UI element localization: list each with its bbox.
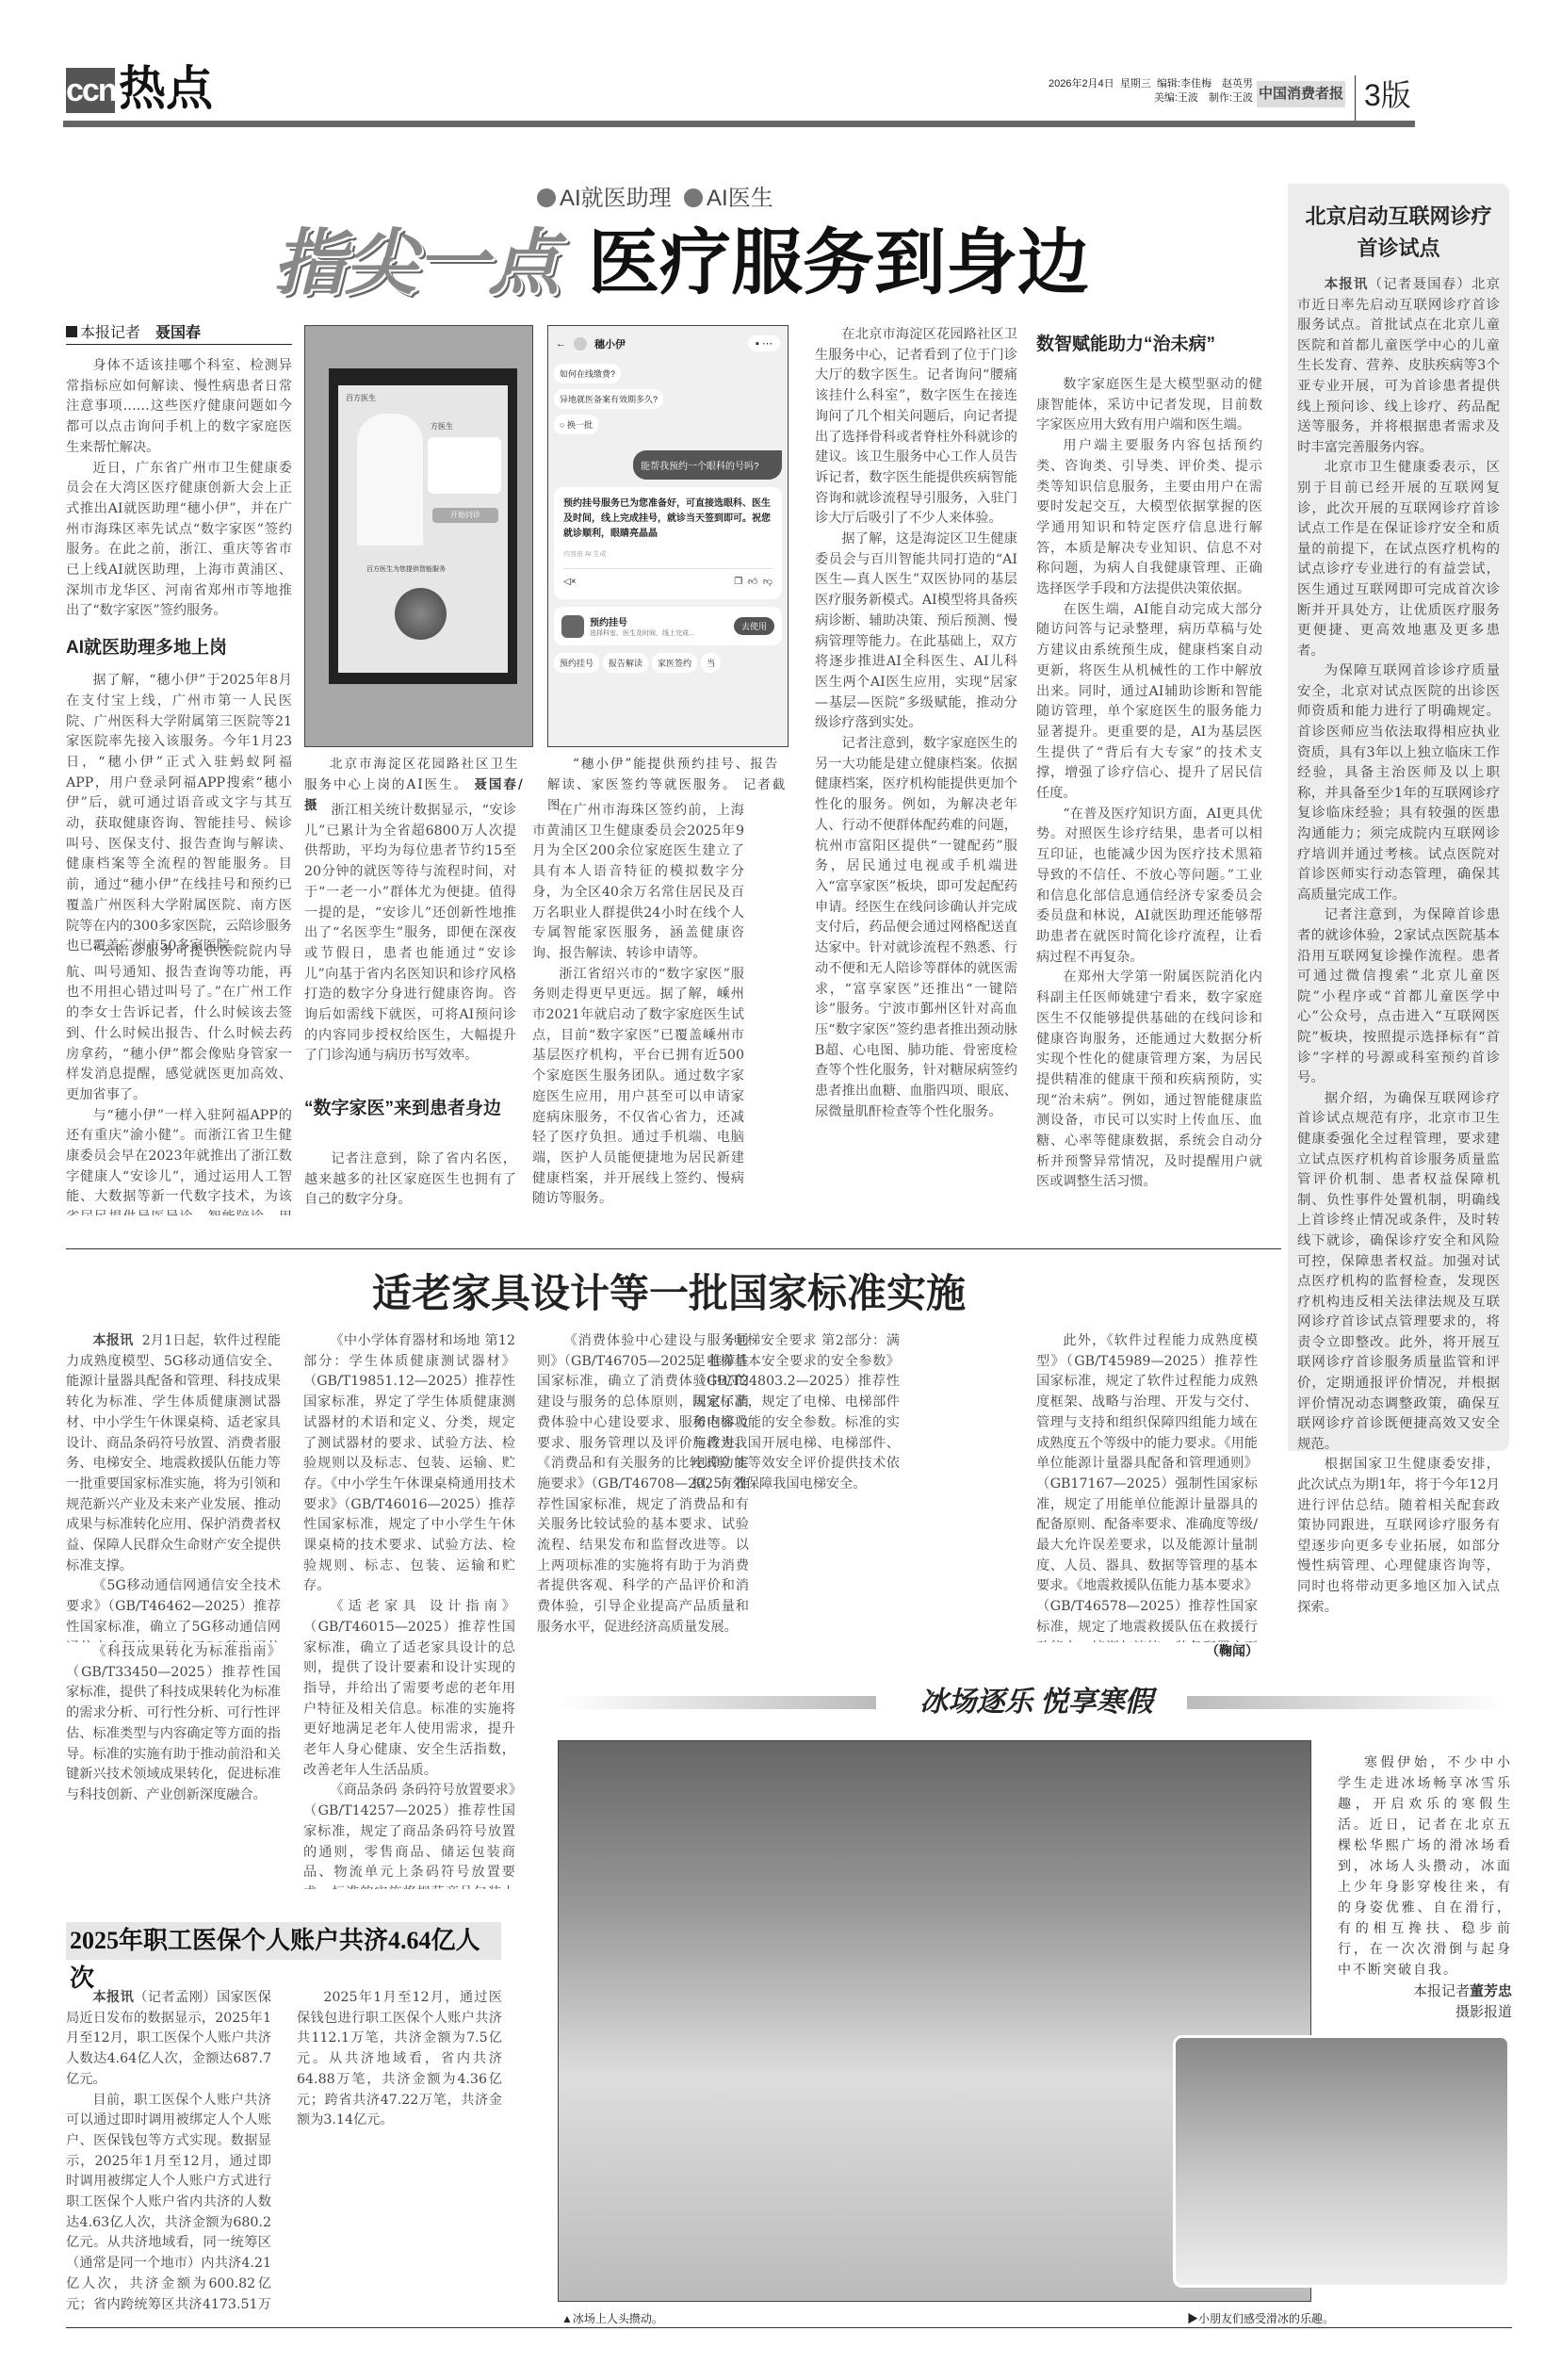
kiosk-brand: 百方医生 (346, 393, 376, 403)
kiosk-note: 百方医生为您提供智能服务 (366, 564, 446, 574)
photo-feature-caption: 寒假伊始，不少中小学生走进冰场畅享冰雪乐趣，开启欢乐的寒假生活。近日，记者在北京… (1338, 1752, 1512, 2022)
lead-reporter: （记者孟刚） (134, 1990, 217, 2005)
kiosk-doctor-name: 方医生 (431, 421, 453, 432)
insurance-headline: 2025年职工医保个人账户共济4.64亿人次 (66, 1922, 501, 1960)
app-title: 穗小伊 (594, 336, 626, 351)
paragraph: 北京市近日率先启动互联网诊疗首诊服务试点。首批试点在北京儿童医院和首都儿童医学中… (1297, 277, 1500, 455)
kicker: AI就医助理 AI医生 (537, 185, 773, 213)
paragraph: 为保障互联网首诊诊疗质量安全，北京对试点医院的出诊医师资质和能力进行了明确规定。… (1297, 661, 1500, 905)
paragraph: 《科技成果转化为标准指南》（GB/T33450—2025）推荐性国家标准，提供了… (66, 1642, 281, 1806)
card-desc: 选择科室、医生及时间，线上完成... (590, 628, 728, 638)
bot-message: 预约挂号服务已为您准备好，可直接选眼科、医生及时间，线上完成挂号，就诊当天签到即… (554, 487, 782, 599)
suggestion-chip[interactable]: 异地就医备案有效期多久? (554, 389, 663, 409)
photo-feature-headline: 冰场逐乐 悦享寒假 (556, 1677, 1517, 1728)
lead-col-3: 在广州市海珠区签约前，上海市黄浦区卫生健康委员会2025年9月为全区200余位家… (532, 801, 744, 1215)
standards-col-2: 《中小学体育器材和场地 第12部分：学生体质健康测试器材》（GB/T19851.… (303, 1331, 515, 1889)
doctor-figure (357, 414, 423, 546)
lead-col-2b: 记者注意到，除了省内名医，越来越多的社区家庭医生也拥有了自己的数字分身。 (304, 1149, 516, 1211)
lead-headline: 指尖一点医疗服务到身边 (273, 217, 1089, 311)
lead-col-4: 在北京市海淀区花园路社区卫生服务中心，记者看到了位于门诊大厅的数字医生。记者询问… (815, 325, 1017, 1215)
headline-italic: 指尖一点 (273, 224, 560, 303)
paragraph: 在广州市海珠区签约前，上海市黄浦区卫生健康委员会2025年9月为全区200余位家… (532, 801, 744, 965)
paragraph: 用户端主要服务内容包括预约类、咨询类、引导类、评价类、提示类等知识信息服务，主要… (1036, 436, 1262, 600)
standards-col-4: 《电梯安全要求 第2部分：满足电梯基本安全要求的安全参数》（GB/T24803.… (692, 1331, 900, 1661)
standards-col-1: 本报讯 2月1日起，软件过程能力成熟度模型、5G移动通信安全、能源计量器具配备和… (66, 1331, 281, 1642)
issue-date: 2026年2月4日 (1049, 78, 1114, 90)
sidebar-body: 本报讯（记者聂国春）北京市近日率先启动互联网诊疗首诊服务试点。首批试点在北京儿童… (1288, 274, 1509, 1618)
standards-col-1b: 《科技成果转化为标准指南》（GB/T33450—2025）推荐性国家标准，提供了… (66, 1642, 281, 1889)
paragraph: 在北京市海淀区花园路社区卫生服务中心，记者看到了位于门诊大厅的数字医生。记者询问… (815, 325, 1017, 530)
caption-text: 寒假伊始，不少中小学生走进冰场畅享冰雪乐趣，开启欢乐的寒假生活。近日，记者在北京… (1338, 1752, 1512, 1981)
paragraph: 数字家庭医生是大模型驱动的健康智能体，采访中记者发现，目前数字家医应用大致有用户… (1036, 375, 1262, 436)
bullet-icon (684, 188, 703, 207)
app-header: ← 穗小伊 ▪ ⋯ (548, 326, 788, 361)
bullet-icon (537, 188, 556, 207)
suggestion-chip[interactable]: 如何在线缴费? (554, 364, 621, 383)
kiosk-speech-bubble (428, 437, 501, 494)
refresh-chip[interactable]: ○ 换一批 (554, 415, 598, 434)
credit-suffix: 摄影报道 (1338, 2001, 1512, 2022)
masthead-rule (63, 121, 1415, 127)
paragraph: 浙江省绍兴市的“数字家医”服务则走得更早更远。据了解，嵊州市2021年就启动了数… (532, 965, 744, 1210)
paragraph: 据了解，这是海淀区卫生健康委员会与百川智能共同打造的“AI医生—真人医生”双医协… (815, 530, 1017, 734)
bottom-rule (66, 2327, 1512, 2328)
kiosk-start-button[interactable]: 开始问诊 (432, 508, 498, 523)
kicker-item: AI医生 (707, 186, 773, 211)
paragraph: 2025年1月至12月，通过医保钱包进行职工医保个人账户共济共112.1万笔，共… (297, 1988, 502, 2131)
subhead: AI就医助理多地上岗 (66, 635, 292, 661)
more-icon[interactable]: ▪ ⋯ (748, 335, 780, 351)
sidebar-subtitle: 首诊试点 (1295, 233, 1502, 265)
thumbs-down-icon[interactable]: 👎︎ (763, 577, 772, 587)
paragraph: 《5G移动通信网通信安全技术要求》（GB/T46462—2025）推荐性国家标准… (66, 1576, 281, 1642)
back-arrow-icon[interactable]: ← (556, 338, 566, 350)
kicker-item: AI就医助理 (560, 186, 672, 211)
card-title: 预约挂号 (590, 614, 728, 628)
chip-appointment[interactable]: 预约挂号 (554, 653, 599, 673)
square-icon (66, 326, 77, 337)
paragraph: 记者注意到，数字家庭医生的另一大功能是建立健康档案。依据健康档案，医疗机构能提供… (815, 734, 1017, 1122)
paragraph: 目前，职工医保个人账户共济可以通过即时调用被绑定人个人账户、医保钱包等方式实现。… (66, 2091, 271, 2317)
photo-app-screenshot: ← 穗小伊 ▪ ⋯ 如何在线缴费? 异地就医备案有效期多久? ○ 换一批 能帮我… (547, 325, 789, 747)
paragraph: “云陪诊服务可提供医院院内导航、叫号通知、报告查询等功能，再也不用担心错过叫号了… (66, 942, 292, 1106)
paragraph: 《适老家具 设计指南》（GB/T46015—2025）推荐性国家标准，确立了适老… (303, 1597, 515, 1781)
paragraph: 据介绍，为确保互联网诊疗首诊试点规范有序，北京市卫生健康委强化全过程管理，要求建… (1297, 1089, 1500, 1456)
service-card[interactable]: 预约挂号选择科室、医生及时间，线上完成... 去使用 (554, 607, 782, 645)
paragraph: 与“穗小伊”一样入驻阿福APP的还有重庆“渝小健”。而浙江省卫生健康委员会早在2… (66, 1106, 292, 1215)
masthead-logo: ccn (66, 68, 115, 113)
subhead: 数智赋能助力“治未病” (1036, 332, 1215, 358)
signoff: （鞠闻） (1206, 1641, 1259, 1660)
lead-label: 本报讯 (92, 1333, 133, 1348)
paper-name: 中国消费者报 (1257, 81, 1345, 107)
subhead: “数字家医”来到患者身边 (304, 1096, 501, 1122)
weekday: 星期三 (1120, 78, 1151, 90)
bot-message-text: 预约挂号服务已为您准备好，可直接选眼科、医生及时间，线上完成挂号，就诊当天签到即… (563, 497, 772, 542)
photo-ai-doctor-kiosk: 百方医生 方医生 开始问诊 百方医生为您提供智能服务 (304, 325, 533, 747)
chip-report[interactable]: 报告解读 (603, 653, 648, 673)
paragraph: 记者注意到，为保障首诊患者的就诊体验，2家试点医院基本沿用互联网复诊操作流程。患… (1297, 905, 1500, 1088)
paragraph: 北京市卫生健康委表示，区别于目前已经开展的互联网复诊，此次开展的互联网诊疗首诊试… (1297, 458, 1500, 661)
photo-feature-header: 冰场逐乐 悦享寒假 (556, 1677, 1517, 1724)
lead-reporter: （记者聂国春） (1369, 277, 1472, 292)
paragraph: 在郑州大学第一附属医院消化内科副主任医师姚建宁看来，数字家庭医生不仅能够提供基础… (1036, 968, 1262, 1193)
message-actions: ◁× ❐ 👍︎ 👎︎ (563, 568, 772, 590)
kiosk-frame: 百方医生 方医生 开始问诊 百方医生为您提供智能服务 (329, 368, 517, 684)
insurance-col-1: 本报讯（记者孟刚）国家医保局近日发布的数据显示，2025年1月至12月，职工医保… (66, 1988, 271, 2317)
headline-main: 医疗服务到身边 (588, 224, 1089, 303)
refresh-label: 换一批 (567, 420, 593, 430)
paragraph: 近日，广东省广州市卫生健康委员会在大湾区医疗健康创新大会上正式推出AI就医助理“… (66, 459, 292, 623)
byline: 本报记者聂国春 (66, 320, 292, 345)
copy-icon[interactable]: ❐ (734, 577, 742, 587)
chip-row: 预约挂号 报告解读 家医签约 当 (548, 653, 788, 673)
app-avatar (574, 337, 587, 350)
inset-photo-caption: ▶小朋友们感受滑冰的乐趣。 (1187, 2310, 1334, 2326)
paragraph: “在普及医疗知识方面，AI更具优势。对照医生诊疗结果，患者可以相互印证，也能减少… (1036, 805, 1262, 969)
mute-icon[interactable]: ◁× (563, 575, 577, 590)
paragraph: 《商品条码 条码符号放置要求》（GB/T14257—2025）推荐性国家标准，规… (303, 1781, 515, 1889)
section-title: 热点 (119, 60, 213, 117)
byline-label: 本报记者 (80, 325, 140, 341)
paragraph: 身体不适该挂哪个科室、检测异常指标应如何解读、慢性病患者日常注意事项……这些医疗… (66, 356, 292, 459)
calendar-icon (561, 615, 584, 638)
use-button[interactable]: 去使用 (734, 617, 774, 635)
paragraph: 此外，《软件过程能力成熟度模型》（GB/T45989—2025）推荐性国家标准，… (1036, 1331, 1258, 1642)
chip-more[interactable]: 当 (701, 653, 721, 673)
page-number: 3版 (1364, 73, 1411, 117)
sidebar-box: 北京启动互联网诊疗 首诊试点 本报讯（记者聂国春）北京市近日率先启动互联网诊疗首… (1288, 184, 1509, 1451)
lead-col-1b: “云陪诊服务可提供医院院内导航、叫号通知、报告查询等功能，再也不用担心错过叫号了… (66, 942, 292, 1215)
ai-note: 内容由 AI 生成 (563, 547, 772, 562)
chip-family-doctor[interactable]: 家医签约 (652, 653, 697, 673)
byline-name: 聂国春 (155, 325, 201, 341)
art-production: 美编:王波 制作:王波 (999, 91, 1253, 106)
editors: 编辑:李佳梅 赵英男 (1157, 78, 1253, 90)
photo-ice-rink-inset (1173, 2035, 1510, 2288)
main-photo-caption: ▲冰场上人头攒动。 (561, 2310, 663, 2326)
sidebar-title: 北京启动互联网诊疗 (1295, 201, 1502, 233)
thumbs-up-icon[interactable]: 👍︎ (748, 577, 757, 587)
paragraph: 在医生端，AI能自动完成大部分随访问答与记录整理，病历草稿与处方建议由系统预生成… (1036, 600, 1262, 805)
qr-code-icon (395, 588, 447, 640)
lead-label: 本报讯 (1325, 276, 1369, 292)
paragraph: 记者注意到，除了省内名医，越来越多的社区家庭医生也拥有了自己的数字分身。 (304, 1149, 516, 1211)
masthead-divider (1355, 75, 1356, 121)
masthead-meta: 2026年2月4日 星期三 编辑:李佳梅 赵英男 美编:王波 制作:王波 (999, 77, 1253, 106)
sidebar-header: 北京启动互联网诊疗 首诊试点 (1288, 184, 1509, 274)
kiosk-screen: 百方医生 方医生 开始问诊 百方医生为您提供智能服务 (338, 385, 508, 673)
section-divider (66, 1248, 1281, 1249)
insurance-col-2: 2025年1月至12月，通过医保钱包进行职工医保个人账户共济共112.1万笔，共… (297, 1988, 502, 2299)
lead-col-5: 数字家庭医生是大模型驱动的健康智能体，采访中记者发现，目前数字家医应用大致有用户… (1036, 375, 1262, 1215)
standards-col-5: 此外，《软件过程能力成熟度模型》（GB/T45989—2025）推荐性国家标准，… (1036, 1331, 1258, 1642)
lead-label: 本报讯 (92, 1990, 134, 2005)
user-message: 能帮我预约一个眼科的号吗? (633, 450, 782, 480)
paragraph: 2月1日起，软件过程能力成熟度模型、5G移动通信安全、能源计量器具配备和管理、科… (66, 1333, 281, 1573)
credit-name: 董芳忠 (1470, 1982, 1512, 1999)
paragraph: 浙江相关统计数据显示，“安诊儿”已累计为全省超6800万人次提供帮助，平均为每位… (304, 801, 516, 1067)
paragraph: 根据国家卫生健康委安排，此次试点为期1年，将于今年12月进行评估总结。随着相关配… (1297, 1455, 1500, 1618)
credit-label: 本报记者 (1413, 1982, 1470, 1999)
standards-headline: 适老家具设计等一批国家标准实施 (57, 1266, 1281, 1323)
paragraph: 《中小学体育器材和场地 第12部分：学生体质健康测试器材》（GB/T19851.… (303, 1331, 515, 1597)
paragraph: 《电梯安全要求 第2部分：满足电梯基本安全要求的安全参数》（GB/T24803.… (692, 1331, 900, 1495)
lead-col-2: 浙江相关统计数据显示，“安诊儿”已累计为全省超6800万人次提供帮助，平均为每位… (304, 801, 516, 1074)
